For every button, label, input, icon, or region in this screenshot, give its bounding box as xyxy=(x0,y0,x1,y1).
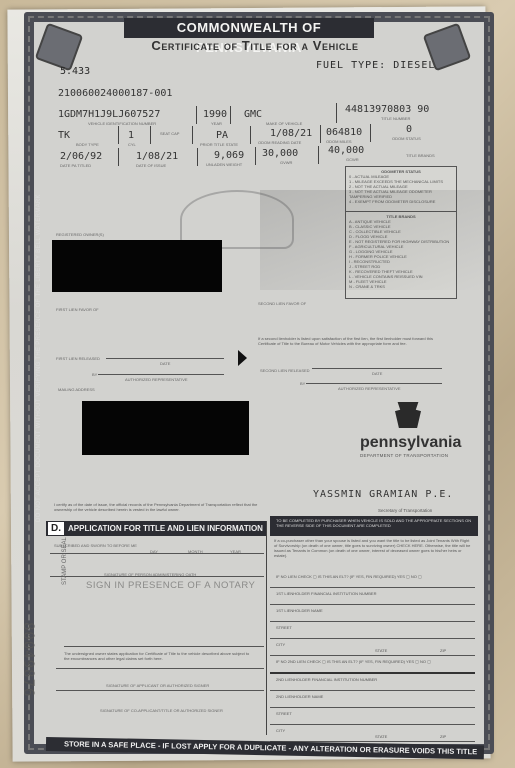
title-brands-legend: TITLE BRANDS A - ANTIQUE VEHICLEB - CLAS… xyxy=(345,211,457,299)
fuel-type-value: DIESEL xyxy=(393,60,435,71)
cylinders-field: 1 Cyl xyxy=(128,130,136,147)
date-label: DATE xyxy=(160,361,170,366)
odometer-status-legend: ODOMETER STATUS 0 - ACTUAL MILEAGE1 - MI… xyxy=(345,166,457,214)
agency-logo-text: pennsylvania xyxy=(360,434,461,452)
authorized-rep-label: AUTHORIZED REPRESENTATIVE xyxy=(338,386,401,391)
lienholder-field-row[interactable]: 2ND LIENHOLDER FINANCIAL INSTITUTION NUM… xyxy=(270,673,475,691)
seat-cap-field: Seat Cap xyxy=(160,130,179,136)
first-lien-elt-question: IF NO LIEN CHECK ▢ IS THIS AN ELT? (IF Y… xyxy=(276,574,422,579)
lienholder-field-label: CITY xyxy=(276,728,285,733)
zip-label: ZIP xyxy=(440,648,446,653)
coapplicant-signature-line[interactable] xyxy=(56,690,264,691)
purchaser-header: TO BE COMPLETED BY PURCHASER WHEN VEHICL… xyxy=(270,516,478,536)
unladen-weight-value: 9,069 xyxy=(214,150,244,161)
prior-title-state-value: PA xyxy=(216,130,238,141)
state-banner: COMMONWEALTH OF PENNSYLVANIA xyxy=(124,18,374,38)
odometer-date-value: 1/08/21 xyxy=(270,128,312,139)
first-lien-released-line[interactable] xyxy=(106,358,224,359)
divider xyxy=(230,106,231,124)
divider xyxy=(370,124,371,142)
body-type-field: TK Body Type xyxy=(58,130,99,147)
second-lien-elt-question: IF NO 2ND LIEN CHECK ▢ IS THIS AN ELT? (… xyxy=(276,659,431,664)
lienholder-field-label: STREET xyxy=(276,711,292,716)
zip-label: ZIP xyxy=(440,734,446,739)
day-label: DAY xyxy=(150,549,158,554)
legend-item: 4 - EXEMPT FROM ODOMETER DISCLOSURE xyxy=(346,199,456,204)
watermark-warning-text: DO NOT ACCEPT DOCUMENT WITHOUT VERIFYING… xyxy=(36,142,42,522)
lienholder-field-row[interactable]: 1ST LIENHOLDER NAME xyxy=(270,604,475,622)
date-of-issue-value: 1/08/21 xyxy=(136,151,178,162)
seat-cap-label: Seat Cap xyxy=(160,131,179,136)
section-d-header: D.APPLICATION FOR TITLE AND LIEN INFORMA… xyxy=(46,521,266,536)
second-lien-signature-line[interactable] xyxy=(306,383,442,384)
joint-tenancy-note: If a co-purchaser other than your spouse… xyxy=(274,538,472,558)
prior-title-state-label: Prior Title State xyxy=(200,142,238,147)
divider xyxy=(197,148,198,166)
section-d-title: APPLICATION FOR TITLE AND LIEN INFORMATI… xyxy=(68,524,263,533)
second-lien-released-label: SECOND LIEN RELEASED xyxy=(260,368,310,373)
form-number: 5.433 xyxy=(60,66,90,77)
odometer-value: 064810 xyxy=(326,127,362,138)
odometer-label: Odom Miles xyxy=(326,139,362,144)
date-label: DATE xyxy=(372,371,382,376)
applicant-statement: The undersigned owner states application… xyxy=(64,651,254,661)
registered-owners-label: REGISTERED OWNER(S) xyxy=(56,232,104,237)
year-label: YEAR xyxy=(230,549,241,554)
gcwr-field: 40,000 GCWR xyxy=(328,145,364,162)
odometer-status-field: 0 Odom Status xyxy=(392,124,421,141)
date-of-issue-field: 1/08/21 Date of Issue xyxy=(136,151,178,168)
year-label: Year xyxy=(211,121,227,126)
gvwr-label: GVWR xyxy=(280,160,298,165)
cylinders-value: 1 xyxy=(128,130,136,141)
odometer-date-label: Odom Reading Date xyxy=(258,140,312,145)
by-label: BY xyxy=(92,372,97,377)
lienholder-field-row[interactable]: STREET xyxy=(270,707,475,725)
first-lien-label: FIRST LIEN FAVOR OF xyxy=(56,307,99,312)
odometer-status-value: 0 xyxy=(406,124,421,135)
gvwr-value: 30,000 xyxy=(262,148,298,159)
first-lien-elt-row: IF NO LIEN CHECK ▢ IS THIS AN ELT? (IF Y… xyxy=(270,570,475,588)
lienholder-field-label: 1ST LIENHOLDER FINANCIAL INSTITUTION NUM… xyxy=(276,591,376,596)
title-brands-legend-list: A - ANTIQUE VEHICLEB - CLASSIC VEHICLEC … xyxy=(346,219,456,289)
date-pa-titled-label: Date PA Titled xyxy=(60,163,102,168)
divider xyxy=(192,126,193,144)
lienholder-field-label: STREET xyxy=(276,625,292,630)
make-value: GMC xyxy=(244,109,302,120)
lienholder-field-row[interactable]: CITYSTATEZIP xyxy=(270,724,475,742)
date-pa-titled-value: 2/06/92 xyxy=(60,151,102,162)
title-number-value: 44813970803 90 xyxy=(345,104,429,115)
section-letter: D. xyxy=(48,522,64,535)
lienholder-field-label: 2ND LIENHOLDER FINANCIAL INSTITUTION NUM… xyxy=(276,677,377,682)
year-field: 1990 Year xyxy=(203,109,227,126)
lienholder-field-label: 1ST LIENHOLDER NAME xyxy=(276,608,323,613)
vin-field: 1GDM7H1J9LJ607527 Vehicle Identification… xyxy=(58,109,160,126)
year-value: 1990 xyxy=(203,109,227,120)
legend-title: TITLE BRANDS xyxy=(346,212,456,219)
prior-title-state-field: PA Prior Title State xyxy=(200,130,238,147)
second-lien-elt-row: IF NO 2ND LIEN CHECK ▢ IS THIS AN ELT? (… xyxy=(270,655,475,674)
lienholder-field-row[interactable]: 1ST LIENHOLDER FINANCIAL INSTITUTION NUM… xyxy=(270,587,475,605)
title-brands-label: Title Brands xyxy=(406,153,435,158)
month-label: MONTH xyxy=(188,549,203,554)
cylinders-label: Cyl xyxy=(128,142,136,147)
gcwr-label: GCWR xyxy=(346,157,364,162)
applicant-signature-label: SIGNATURE OF APPLICANT OR AUTHORIZED SIG… xyxy=(106,683,209,688)
divider xyxy=(255,147,256,165)
divider xyxy=(118,148,119,166)
purchaser-header-text: TO BE COMPLETED BY PURCHASER WHEN VEHICL… xyxy=(270,516,478,530)
authorized-rep-label: AUTHORIZED REPRESENTATIVE xyxy=(125,377,188,382)
second-lien-note: If a second lienholder is listed upon sa… xyxy=(258,336,438,346)
body-type-label: Body Type xyxy=(76,142,99,147)
divider xyxy=(250,126,251,144)
applicant-signature-line[interactable] xyxy=(56,668,264,669)
date-of-issue-label: Date of Issue xyxy=(136,163,178,168)
fuel-type-label: FUEL TYPE: xyxy=(316,60,386,71)
divider xyxy=(150,126,151,144)
divider xyxy=(64,646,264,647)
divider xyxy=(118,126,119,144)
title-brands-field: Title Brands xyxy=(392,152,435,158)
control-number: 210060024000187-001 xyxy=(58,88,172,99)
notary-instruction: SIGN IN PRESENCE OF A NOTARY xyxy=(86,580,255,591)
notary-signature-label: SIGNATURE OF PERSON ADMINISTERING OATH xyxy=(104,572,196,577)
body-type-value: TK xyxy=(58,130,99,141)
legend-title: ODOMETER STATUS xyxy=(346,167,456,174)
odometer-legend-list: 0 - ACTUAL MILEAGE1 - MILEAGE EXCEEDS TH… xyxy=(346,174,456,204)
divider xyxy=(320,125,321,143)
divider xyxy=(196,106,197,124)
date-pa-titled-field: 2/06/92 Date PA Titled xyxy=(60,151,102,168)
divider xyxy=(318,146,319,164)
unladen-weight-field: 9,069 Unladen Weight xyxy=(206,150,244,167)
lienholder-field-label: CITY xyxy=(276,642,285,647)
serial-stamp: 80049876 xyxy=(20,622,36,697)
title-number-field: 44813970803 90 Title Number xyxy=(345,104,429,121)
gcwr-value: 40,000 xyxy=(328,145,364,156)
make-field: GMC Make of Vehicle xyxy=(244,109,302,126)
arrow-right-icon xyxy=(238,350,247,366)
gvwr-field: 30,000 GVWR xyxy=(262,148,298,165)
make-label: Make of Vehicle xyxy=(266,121,302,126)
first-lien-signature-line[interactable] xyxy=(98,374,224,375)
document-title: Certificate of Title for a Vehicle xyxy=(110,38,400,53)
stamp-seal-label: STAMP OR SEAL xyxy=(62,537,68,585)
mailing-address-label: MAILING ADDRESS xyxy=(58,387,95,392)
state-label: STATE xyxy=(375,734,387,739)
fuel-type: FUEL TYPE: DIESEL xyxy=(316,60,435,71)
redacted-owner-name xyxy=(52,240,222,292)
lienholder-field-row[interactable]: CITYSTATEZIP xyxy=(270,638,475,656)
coapplicant-signature-label: SIGNATURE OF CO-APPLICANT/TITLE OR AUTHO… xyxy=(100,708,223,713)
agency-department: DEPARTMENT OF TRANSPORTATION xyxy=(360,453,448,458)
second-lien-released-line[interactable] xyxy=(312,368,442,369)
lienholder-field-row[interactable]: STREET xyxy=(270,621,475,639)
legend-item: 3 - NOT THE ACTUAL MILEAGE ODOMETER TAMP… xyxy=(346,189,456,199)
divider xyxy=(266,521,267,735)
odometer-field: 064810 Odom Miles xyxy=(326,127,362,144)
odometer-status-label: Odom Status xyxy=(392,136,421,141)
lienholder-field-row[interactable]: 2ND LIENHOLDER NAME xyxy=(270,690,475,708)
odometer-date-field: 1/08/21 Odom Reading Date xyxy=(258,128,312,145)
first-lien-released-label: FIRST LIEN RELEASED xyxy=(56,356,100,361)
signatory-title: Secretary of Transportation xyxy=(378,508,432,513)
certification-text: I certify as of the date of issue, the o… xyxy=(54,502,274,512)
redacted-mailing-address xyxy=(82,401,249,455)
title-number-label: Title Number xyxy=(381,116,429,121)
lienholder-field-label: 2ND LIENHOLDER NAME xyxy=(276,694,323,699)
unladen-weight-label: Unladen Weight xyxy=(206,162,244,167)
vin-value: 1GDM7H1J9LJ607527 xyxy=(58,109,160,120)
signatory-name: YASSMIN GRAMIAN P.E. xyxy=(313,489,453,500)
divider xyxy=(336,103,337,123)
by-label: BY xyxy=(300,381,305,386)
second-lien-label: SECOND LIEN FAVOR OF xyxy=(258,301,306,306)
state-label: STATE xyxy=(375,648,387,653)
legend-item: N - CRANE & TRKS xyxy=(346,284,456,289)
